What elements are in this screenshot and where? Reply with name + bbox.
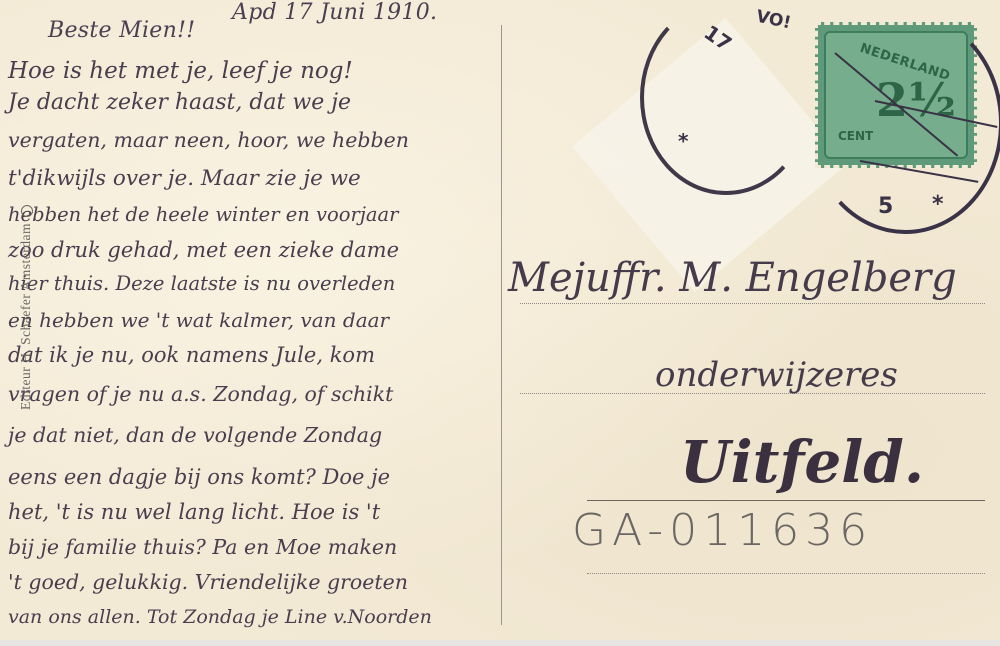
address-town: Uitfeld. [680,428,924,496]
message-line: t'dikwijls over je. Maar zie je we [8,166,361,191]
message-line: je dat niet, dan de volgende Zondag [8,423,382,447]
postmark-left: VO! 17 * [640,0,812,195]
postmark-right: 5 * [808,12,1000,234]
address-rule-3 [587,500,985,501]
message-line: van ons allen. Tot Zondag je Line v.Noor… [8,606,432,628]
message-line: vragen of je nu a.s. Zondag, of schikt [8,382,393,406]
message-line: hebben het de heele winter en voorjaar [8,203,398,226]
message-line: en hebben we 't wat kalmer, van daar [8,308,389,332]
address-rule-1 [520,303,985,304]
publisher-imprint: Editeur H. Schaefer Amsterdam [18,205,34,410]
postcard: Apd 17 Juni 1910. Beste Mien!! Hoe is he… [0,0,1000,640]
address-rule-4 [587,573,985,574]
archive-number: GA-011636 [572,505,873,556]
postmark-date: 17 [700,20,737,56]
postmark-number: 5 [878,194,893,219]
postmark-text-top: VO! [754,7,792,34]
message-line: Je dacht zeker haast, dat we je [8,90,351,115]
publisher-logo-icon [21,205,33,217]
postmark-star: * [678,129,688,153]
message-line: Hoe is het met je, leef je nog! [8,58,353,84]
address-occupation: onderwijzeres [655,355,898,395]
message-line: 't goed, gelukkig. Vriendelijke groeten [8,570,408,594]
address-recipient: Mejuffr. M. Engelberg [508,255,957,301]
message-line: eens een dagje bij ons komt? Doe je [8,465,390,489]
salutation: Beste Mien!! [48,18,195,43]
message-line: zoo druk gehad, met een zieke dame [8,238,399,262]
message-line: dat ik je nu, ook namens Jule, kom [8,343,375,367]
message-line: het, 't is nu wel lang licht. Hoe is 't [8,500,380,524]
message-line: hier thuis. Deze laatste is nu overleden [8,272,395,295]
message-line: bij je familie thuis? Pa en Moe maken [8,535,397,559]
postmark-star: * [932,192,944,217]
center-divider [501,25,502,625]
date-line: Apd 17 Juni 1910. [232,0,437,25]
scan-border [0,640,1000,646]
message-line: vergaten, maar neen, hoor, we hebben [8,128,409,152]
publisher-text: Editeur H. Schaefer Amsterdam [18,223,33,410]
